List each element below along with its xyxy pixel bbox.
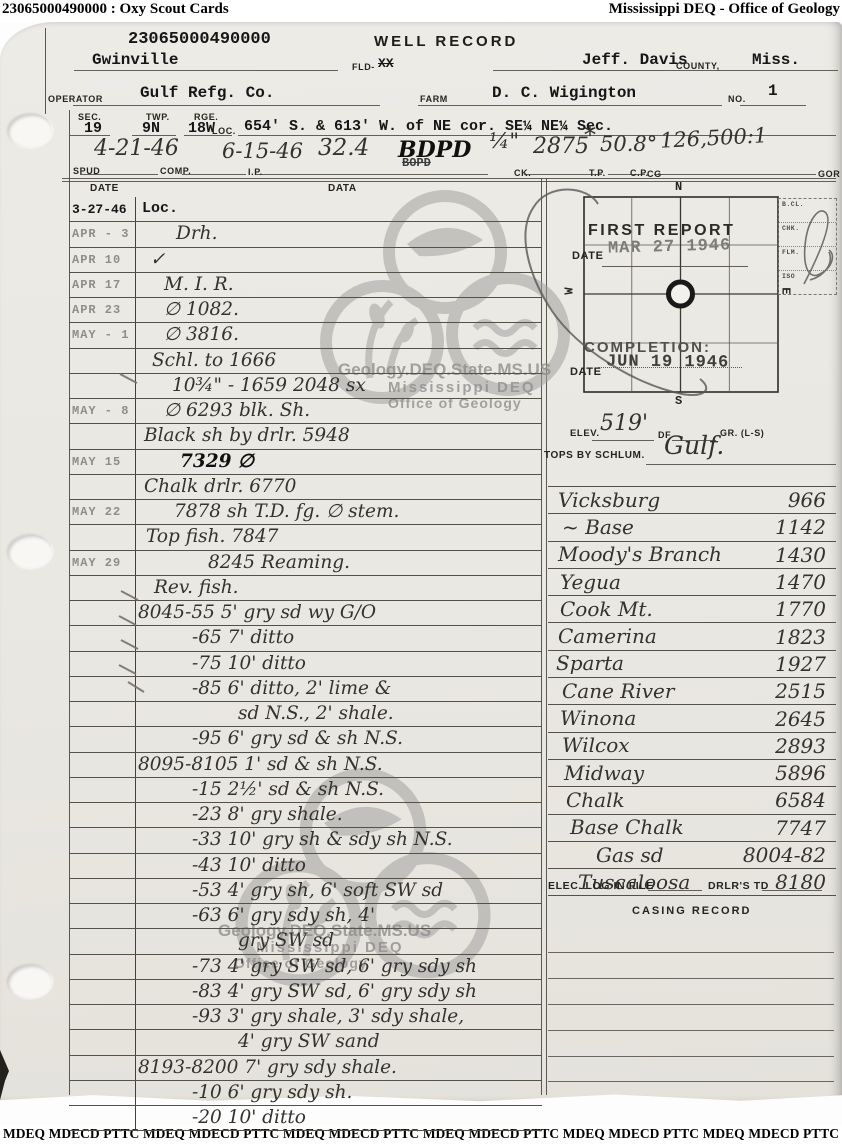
log-date: 3-27-46 bbox=[69, 197, 136, 221]
completion-date-label: DATE bbox=[570, 366, 602, 378]
casing-rule bbox=[548, 952, 834, 953]
ip-value: 32.4 bbox=[318, 135, 369, 161]
county-label: COUNTY, bbox=[676, 61, 720, 71]
log-entry-text: 8245 Reaming. bbox=[208, 553, 350, 573]
footer-token: MDEQ bbox=[703, 1126, 745, 1147]
log-row: -15 2½' sd & sh N.S. bbox=[69, 778, 542, 803]
stamp-row-flm: FLM. bbox=[779, 247, 836, 271]
log-date: MAY - 8 bbox=[69, 399, 136, 423]
log-row: MAY - 1∅ 3816. bbox=[69, 323, 542, 348]
cp-value: 50.8° bbox=[600, 132, 657, 156]
formation-name: Wilcox bbox=[562, 735, 630, 756]
formation-top-row: Midway5896 bbox=[548, 760, 836, 787]
log-date: MAY 22 bbox=[69, 500, 136, 524]
log-date bbox=[69, 475, 136, 499]
formation-top-row: Cane River2515 bbox=[548, 678, 836, 705]
formation-name: Midway bbox=[564, 763, 644, 784]
log-date bbox=[69, 980, 136, 1004]
well-no-label: NO. bbox=[728, 94, 746, 104]
first-report-date-stamp: MAR 27 1946 bbox=[608, 236, 732, 258]
log-row: -23 8' gry shale. bbox=[69, 803, 542, 828]
formation-top-row: Chalk6584 bbox=[548, 787, 836, 814]
first-report-date-line bbox=[602, 266, 748, 267]
log-row: -63 6' gry sdy sh, 4' bbox=[69, 904, 542, 929]
county-value: Jeff. Davis bbox=[582, 51, 688, 69]
log-date bbox=[69, 601, 136, 625]
filing-stamp-box: B.CL. CHK. FLM. ISO bbox=[778, 198, 837, 295]
log-row: 3-27-46Loc. bbox=[69, 197, 542, 222]
scanned-well-record-page: 23065000490000 : Oxy Scout Cards Mississ… bbox=[0, 0, 842, 1147]
log-row: APR - 3Drh. bbox=[69, 222, 542, 247]
log-row: sd N.S., 2' shale. bbox=[69, 702, 542, 727]
scan-header-bar: 23065000490000 : Oxy Scout Cards Mississ… bbox=[0, 0, 842, 22]
log-row: MAY 227878 sh T.D. fg. ∅ stem. bbox=[69, 500, 542, 525]
log-row: 8045-55 5' gry sd wy G/O bbox=[69, 601, 542, 626]
log-date bbox=[69, 1005, 136, 1029]
log-row: 4' gry SW sand bbox=[69, 1030, 542, 1055]
gr-label: GR. (L-S) bbox=[720, 428, 764, 438]
log-entry-text: -83 4' gry SW sd, 6' gry sdy sh bbox=[192, 982, 477, 1002]
log-entry-text: -10 6' gry sdy sh. bbox=[192, 1083, 352, 1103]
log-entry-text: Black sh by drlr. 5948 bbox=[144, 426, 350, 446]
choke-size: ¼" bbox=[489, 129, 519, 153]
log-date bbox=[69, 424, 136, 448]
log-row: -83 4' gry SW sd, 6' gry sdy sh bbox=[69, 980, 542, 1005]
log-date bbox=[69, 525, 136, 549]
log-date bbox=[69, 652, 136, 676]
comp-label: COMP. bbox=[160, 166, 191, 176]
log-entry-text: gry SW sd bbox=[238, 931, 334, 951]
log-row: MAY 298245 Reaming. bbox=[69, 551, 542, 576]
formation-depth: 8004-82 bbox=[743, 843, 836, 867]
log-row: APR 23∅ 1082. bbox=[69, 298, 542, 323]
log-row: -95 6' gry sd & sh N.S. bbox=[69, 727, 542, 752]
spud-value: 4-21-46 bbox=[94, 136, 179, 161]
log-date bbox=[69, 879, 136, 903]
stamp-row-iso: ISO bbox=[779, 271, 836, 295]
log-date: APR - 3 bbox=[69, 222, 136, 246]
log-row: APR 10✓ bbox=[69, 248, 542, 273]
rule-field-row-a bbox=[74, 70, 338, 71]
formation-top-row: Gas sd8004-82 bbox=[548, 842, 836, 869]
log-entry-text: 8193-8200 7' gry sdy shale. bbox=[138, 1058, 397, 1078]
log-date bbox=[69, 677, 136, 701]
log-row: 10¾" - 1659 2048 sx bbox=[69, 374, 542, 399]
well-id: 23065000490000 bbox=[128, 30, 271, 49]
log-date bbox=[69, 1056, 136, 1080]
footer-token: MDEQ bbox=[563, 1126, 605, 1147]
rule-comp bbox=[182, 174, 246, 175]
log-row: -73 4' gry SW sd, 6' gry sdy sh bbox=[69, 955, 542, 980]
log-entry-text: ∅ 1082. bbox=[164, 300, 239, 320]
elec-log-line bbox=[648, 890, 702, 891]
log-row: gry SW sd bbox=[69, 929, 542, 954]
formation-name: Winona bbox=[560, 708, 636, 729]
log-entry-text: -73 4' gry SW sd, 6' gry sdy sh bbox=[192, 957, 477, 977]
log-entry-text: -23 8' gry shale. bbox=[192, 805, 343, 825]
log-entry-text: 8095-8105 1' sd & sh N.S. bbox=[138, 755, 383, 775]
formation-depth: 1770 bbox=[775, 597, 836, 621]
formation-top-row: Cook Mt.1770 bbox=[548, 596, 836, 623]
drlrs-td-line bbox=[762, 890, 822, 891]
field-name: Gwinville bbox=[92, 51, 178, 69]
spud-label: SPUD bbox=[73, 166, 100, 176]
elev-value: 519' bbox=[600, 411, 648, 436]
log-entry-text: sd N.S., 2' shale. bbox=[238, 704, 394, 724]
footer-token: MDECD bbox=[608, 1126, 659, 1147]
formation-top-row: Moody's Branch1430 bbox=[548, 542, 836, 569]
punch-hole-top bbox=[6, 112, 53, 149]
farm-label: FARM bbox=[420, 94, 448, 104]
date-column-header: DATE bbox=[90, 183, 119, 194]
fld-label: FLD- bbox=[352, 62, 375, 72]
formation-depth: 7747 bbox=[775, 816, 836, 840]
rule-field-row-b bbox=[493, 70, 838, 71]
formation-top-row: Camerina1823 bbox=[548, 623, 836, 650]
formation-top-row: ~ Base1142 bbox=[548, 514, 836, 541]
loc-value: 654' S. & 613' W. of NE cor. SE¼ NE¼ Sec… bbox=[244, 118, 613, 135]
casing-rule bbox=[548, 1081, 834, 1082]
rule-operator-a bbox=[73, 105, 380, 106]
formation-name: Cane River bbox=[562, 681, 674, 702]
log-entry-text: -95 6' gry sd & sh N.S. bbox=[192, 729, 403, 749]
casing-rule bbox=[548, 1030, 834, 1031]
log-date bbox=[69, 1030, 136, 1054]
log-entry-text: -33 10' gry sh & sdy sh N.S. bbox=[192, 830, 453, 850]
log-row: Top fish. 7847 bbox=[69, 525, 542, 550]
ck-star: * bbox=[584, 121, 596, 149]
loc-label: LOC. bbox=[212, 126, 236, 136]
log-date bbox=[69, 854, 136, 878]
operator-label: OPERATOR bbox=[48, 94, 103, 104]
log-entry-text: -75 10' ditto bbox=[192, 654, 306, 674]
formation-name: Sparta bbox=[556, 653, 624, 674]
rule-cg bbox=[654, 174, 816, 175]
formation-depth: 1927 bbox=[775, 652, 836, 676]
rule-ip bbox=[256, 174, 488, 175]
formation-name: Moody's Branch bbox=[558, 544, 722, 565]
tops-by-label: TOPS BY SCHLUM. bbox=[544, 450, 645, 461]
log-row: APR 17M. I. R. bbox=[69, 273, 542, 298]
log-entry-text: -85 6' ditto, 2' lime & bbox=[192, 679, 391, 699]
formation-depth: 1470 bbox=[775, 570, 836, 594]
log-row: MAY 157329 ∅ bbox=[69, 450, 542, 475]
log-date bbox=[69, 929, 136, 953]
log-entry-text: Drh. bbox=[176, 224, 217, 244]
daily-log-table: 3-27-46Loc.APR - 3Drh.APR 10✓APR 17M. I.… bbox=[69, 197, 542, 1131]
formation-top-row: Wilcox2893 bbox=[548, 733, 836, 760]
well-record-card: Geology.DEQ.State.MS.US Mississippi DEQ … bbox=[0, 22, 842, 1104]
drlrs-td-label: DRLR'S TD bbox=[708, 880, 769, 892]
elev-underline-a bbox=[592, 440, 654, 441]
log-entry-text: Rev. fish. bbox=[154, 578, 239, 598]
log-entry-text: -43 10' ditto bbox=[192, 856, 306, 876]
log-date bbox=[69, 702, 136, 726]
rge-value: 18W bbox=[188, 120, 215, 137]
log-date bbox=[69, 778, 136, 802]
scan-title-left: 23065000490000 : Oxy Scout Cards bbox=[2, 1, 229, 18]
log-entry-text: 4' gry SW sand bbox=[238, 1032, 380, 1052]
gor-label: GOR bbox=[818, 169, 840, 179]
log-entry-text: Chalk drlr. 6770 bbox=[144, 477, 296, 497]
state-value: Miss. bbox=[752, 51, 800, 69]
rule-operator-b bbox=[418, 105, 722, 106]
log-date bbox=[69, 904, 136, 928]
compass-n: N bbox=[675, 180, 682, 194]
log-row: -53 4' gry sh, 6' soft SW sd bbox=[69, 879, 542, 904]
log-row: Schl. to 1666 bbox=[69, 349, 542, 374]
log-entry-text: Schl. to 1666 bbox=[152, 351, 276, 371]
log-entry-text: 10¾" - 1659 2048 sx bbox=[172, 376, 366, 396]
log-row: 8095-8105 1' sd & sh N.S. bbox=[69, 753, 542, 778]
formation-depth: 2515 bbox=[775, 679, 836, 703]
casing-rule bbox=[548, 1004, 834, 1005]
ip-struck-unit: BOPD bbox=[402, 156, 431, 170]
formation-depth: 1142 bbox=[775, 515, 836, 539]
footer-token: MDEQ bbox=[3, 1126, 45, 1147]
log-entry-text: -20 10' ditto bbox=[192, 1108, 306, 1128]
log-entry-text: Top fish. 7847 bbox=[146, 527, 278, 547]
log-date: MAY - 1 bbox=[69, 323, 136, 347]
log-entry-text: -65 7' ditto bbox=[192, 628, 294, 648]
log-row: -33 10' gry sh & sdy sh N.S. bbox=[69, 828, 542, 853]
gor-value: 126,500:1 bbox=[659, 123, 767, 153]
log-entry-text: Loc. bbox=[142, 199, 178, 219]
log-date: MAY 15 bbox=[69, 450, 136, 474]
cp-label: C.P. bbox=[630, 168, 649, 178]
formation-name: Yegua bbox=[560, 572, 621, 593]
log-entry-text: ∅ 3816. bbox=[164, 325, 239, 345]
log-entry-text: M. I. R. bbox=[164, 275, 234, 295]
formation-depth: 5896 bbox=[775, 761, 836, 785]
log-row: MAY - 8∅ 6293 blk. Sh. bbox=[69, 399, 542, 424]
formation-name: Cook Mt. bbox=[560, 599, 653, 620]
log-row: Chalk drlr. 6770 bbox=[69, 475, 542, 500]
tops-by-underline bbox=[646, 464, 836, 465]
cg-label: CG bbox=[647, 169, 662, 179]
footer-token: MDECD bbox=[748, 1126, 799, 1147]
table-top-line-1 bbox=[62, 178, 836, 179]
log-date bbox=[69, 753, 136, 777]
stamp-row-chk: CHK. bbox=[779, 223, 836, 247]
formation-name: Vicksburg bbox=[558, 490, 660, 511]
formation-depth: 2645 bbox=[775, 707, 836, 731]
stamp-row-bcl: B.CL. bbox=[779, 199, 836, 223]
punch-hole-bottom bbox=[6, 963, 53, 1000]
farm-value: D. C. Wigington bbox=[492, 84, 636, 102]
elec-log-label: ELEC. LOG IN FILE bbox=[548, 880, 654, 892]
log-row: Black sh by drlr. 5948 bbox=[69, 424, 542, 449]
formation-depth: 6584 bbox=[775, 788, 836, 812]
punch-hole-middle bbox=[6, 533, 53, 570]
log-entry-text: ∅ 6293 blk. Sh. bbox=[164, 401, 310, 421]
log-row: -85 6' ditto, 2' lime & bbox=[69, 677, 542, 702]
formation-name: Gas sd bbox=[596, 845, 664, 866]
log-entry-text: -93 3' gry shale, 3' sdy shale, bbox=[192, 1007, 464, 1027]
log-entry-text: -15 2½' sd & sh N.S. bbox=[192, 780, 384, 800]
log-row: -65 7' ditto bbox=[69, 626, 542, 651]
log-row: Rev. fish. bbox=[69, 576, 542, 601]
log-row: -10 6' gry sdy sh. bbox=[69, 1081, 542, 1106]
ip-label: I.P. bbox=[248, 167, 263, 177]
sec-value: 19 bbox=[84, 120, 102, 137]
log-date bbox=[69, 803, 136, 827]
log-date bbox=[69, 828, 136, 852]
formation-depth: 2893 bbox=[775, 734, 836, 758]
well-location-marker bbox=[669, 282, 693, 306]
log-entry-text: 8045-55 5' gry sd wy G/O bbox=[138, 603, 376, 623]
log-date bbox=[69, 727, 136, 751]
log-date bbox=[69, 955, 136, 979]
log-entry-text: ✓ bbox=[150, 250, 166, 270]
log-date bbox=[69, 1081, 136, 1105]
twp-value: 9N bbox=[142, 120, 160, 137]
log-row: -43 10' ditto bbox=[69, 854, 542, 879]
log-date: APR 17 bbox=[69, 273, 136, 297]
casing-rule bbox=[548, 978, 834, 979]
log-date: APR 10 bbox=[69, 248, 136, 272]
formation-top-row: Sparta1927 bbox=[548, 651, 836, 678]
operator-value: Gulf Refg. Co. bbox=[140, 84, 274, 102]
elev-label: ELEV. bbox=[570, 428, 600, 439]
casing-rule bbox=[548, 1056, 834, 1057]
log-row: -93 3' gry shale, 3' sdy shale, bbox=[69, 1005, 542, 1030]
formation-top-row: Vicksburg966 bbox=[548, 487, 836, 514]
first-report-date-label: DATE bbox=[572, 250, 604, 262]
completion-date-stamp: JUN 19 1946 bbox=[606, 352, 729, 372]
fld-struck-value: XX bbox=[378, 56, 394, 71]
log-entry-text: 7329 ∅ bbox=[180, 452, 254, 472]
comp-value: 6-15-46 bbox=[222, 139, 303, 163]
formation-top-row: Yegua1470 bbox=[548, 569, 836, 596]
log-date bbox=[69, 1106, 136, 1130]
ck-value: 2875 bbox=[533, 134, 589, 159]
casing-record-label: CASING RECORD bbox=[632, 905, 752, 917]
log-row: -75 10' ditto bbox=[69, 652, 542, 677]
formation-name: ~ Base bbox=[562, 517, 634, 538]
log-row: 8193-8200 7' gry sdy shale. bbox=[69, 1056, 542, 1081]
ck-label: CK. bbox=[514, 168, 531, 178]
log-date: MAY 29 bbox=[69, 551, 136, 575]
scan-title-right: Mississippi DEQ - Office of Geology bbox=[609, 1, 840, 18]
log-date bbox=[69, 626, 136, 650]
footer-token: PTTC bbox=[803, 1126, 839, 1147]
well-no-value: 1 bbox=[768, 82, 778, 100]
formation-top-row: Base Chalk7747 bbox=[548, 815, 836, 842]
compass-s: S bbox=[675, 394, 682, 408]
log-date: APR 23 bbox=[69, 298, 136, 322]
formation-depth: 1823 bbox=[775, 625, 836, 649]
log-date bbox=[69, 349, 136, 373]
footer-token: PTTC bbox=[663, 1126, 699, 1147]
formation-top-row: Winona2645 bbox=[548, 705, 836, 732]
tp-label: T.P. bbox=[589, 168, 606, 178]
log-entry-text: 7878 sh T.D. fg. ∅ stem. bbox=[174, 502, 399, 522]
formation-depth: 966 bbox=[788, 488, 836, 512]
log-entry-text: -63 6' gry sdy sh, 4' bbox=[192, 906, 375, 926]
formation-name: Chalk bbox=[566, 790, 625, 811]
log-date bbox=[69, 576, 136, 600]
formation-tops-table: Vicksburg966~ Base1142Moody's Branch1430… bbox=[548, 486, 836, 896]
formation-depth: 1430 bbox=[775, 543, 836, 567]
rule-operator-c bbox=[740, 105, 806, 106]
log-date bbox=[69, 374, 136, 398]
form-left-border-upper bbox=[45, 28, 46, 114]
log-row: -20 10' ditto bbox=[69, 1106, 542, 1131]
form-title: WELL RECORD bbox=[374, 33, 518, 50]
scan-edge-artifact bbox=[0, 1050, 9, 1100]
log-entry-text: -53 4' gry sh, 6' soft SW sd bbox=[192, 881, 443, 901]
tops-by-value: Gulf. bbox=[664, 431, 724, 460]
formation-name: Base Chalk bbox=[570, 817, 684, 838]
formation-name: Camerina bbox=[558, 626, 657, 647]
